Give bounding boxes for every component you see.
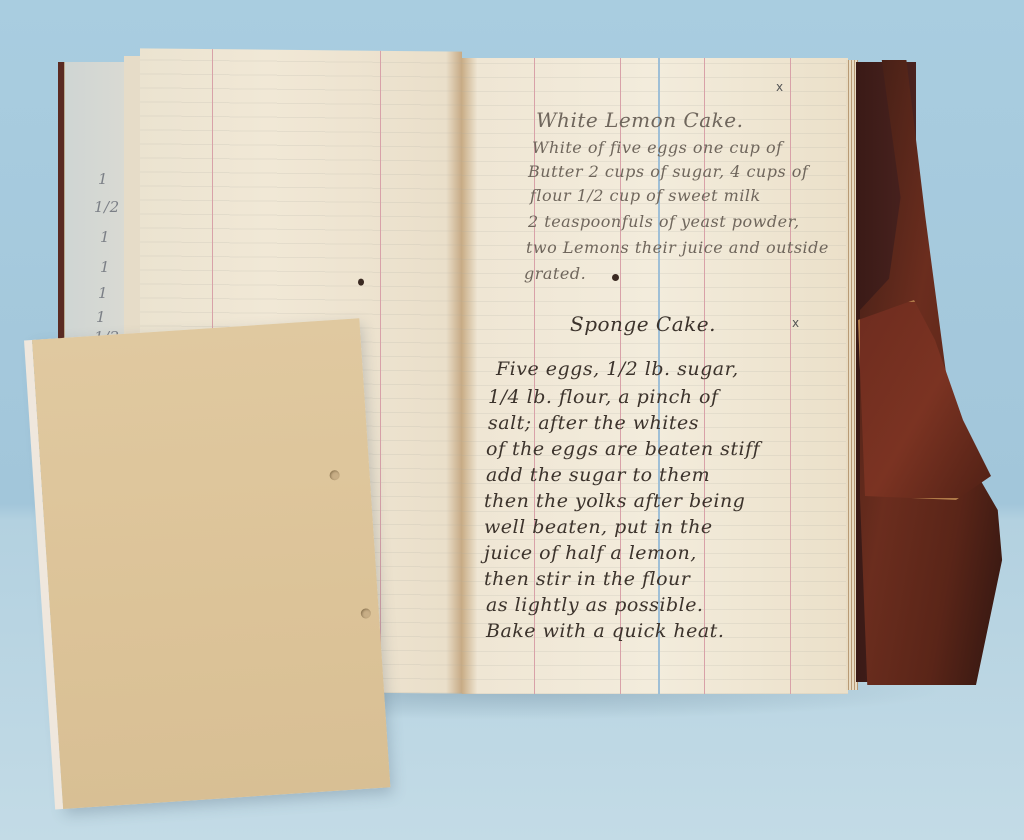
title-mark: x [792, 316, 799, 330]
margin-note: 1/2 [94, 198, 120, 216]
photo-scene: 1 1/2 1 1 1 1 1/2 La x White Lemon Cake.… [0, 0, 1024, 840]
recipe-line: then the yolks after being [484, 490, 745, 512]
margin-note: 1 [100, 258, 110, 276]
punch-hole [361, 608, 372, 619]
recipe-line: grated. [524, 264, 586, 283]
leather-flap [858, 300, 998, 500]
recipe-line: flour 1/2 cup of sweet milk [530, 186, 761, 205]
recipe-line: Five eggs, 1/2 lb. sugar, [496, 358, 739, 380]
recipe-line: 2 teaspoonfuls of yeast powder, [528, 212, 800, 231]
margin-note: 1 [100, 228, 110, 246]
recipe-line: salt; after the whites [488, 412, 699, 434]
recipe-line: Bake with a quick heat. [486, 620, 724, 642]
loose-tan-card [32, 318, 390, 809]
recipe-line: juice of half a lemon, [484, 542, 697, 564]
ink-spot [612, 274, 619, 281]
punch-hole [329, 470, 340, 481]
margin-note: 1 [96, 308, 106, 326]
recipe-line: add the sugar to them [486, 464, 710, 486]
recipe-line: Butter 2 cups of sugar, 4 cups of [528, 162, 808, 181]
right-page-recipes: x White Lemon Cake. White of five eggs o… [462, 58, 848, 694]
recipe-line: then stir in the flour [484, 568, 690, 590]
ink-spot [358, 279, 364, 286]
margin-note: 1 [98, 170, 108, 188]
recipe-title: Sponge Cake. [570, 312, 716, 336]
recipe-line: of the eggs are beaten stiff [486, 438, 760, 460]
margin-rule [790, 58, 791, 694]
margin-note: 1 [98, 284, 108, 302]
recipe-line: well beaten, put in the [484, 516, 713, 538]
recipe-line: two Lemons their juice and outside [526, 238, 829, 257]
corner-mark: x [776, 80, 783, 94]
recipe-line: as lightly as possible. [486, 594, 703, 616]
recipe-line: White of five eggs one cup of [532, 138, 783, 157]
recipe-title: White Lemon Cake. [536, 108, 743, 132]
recipe-line: 1/4 lb. flour, a pinch of [488, 386, 719, 408]
margin-rule [380, 51, 381, 693]
